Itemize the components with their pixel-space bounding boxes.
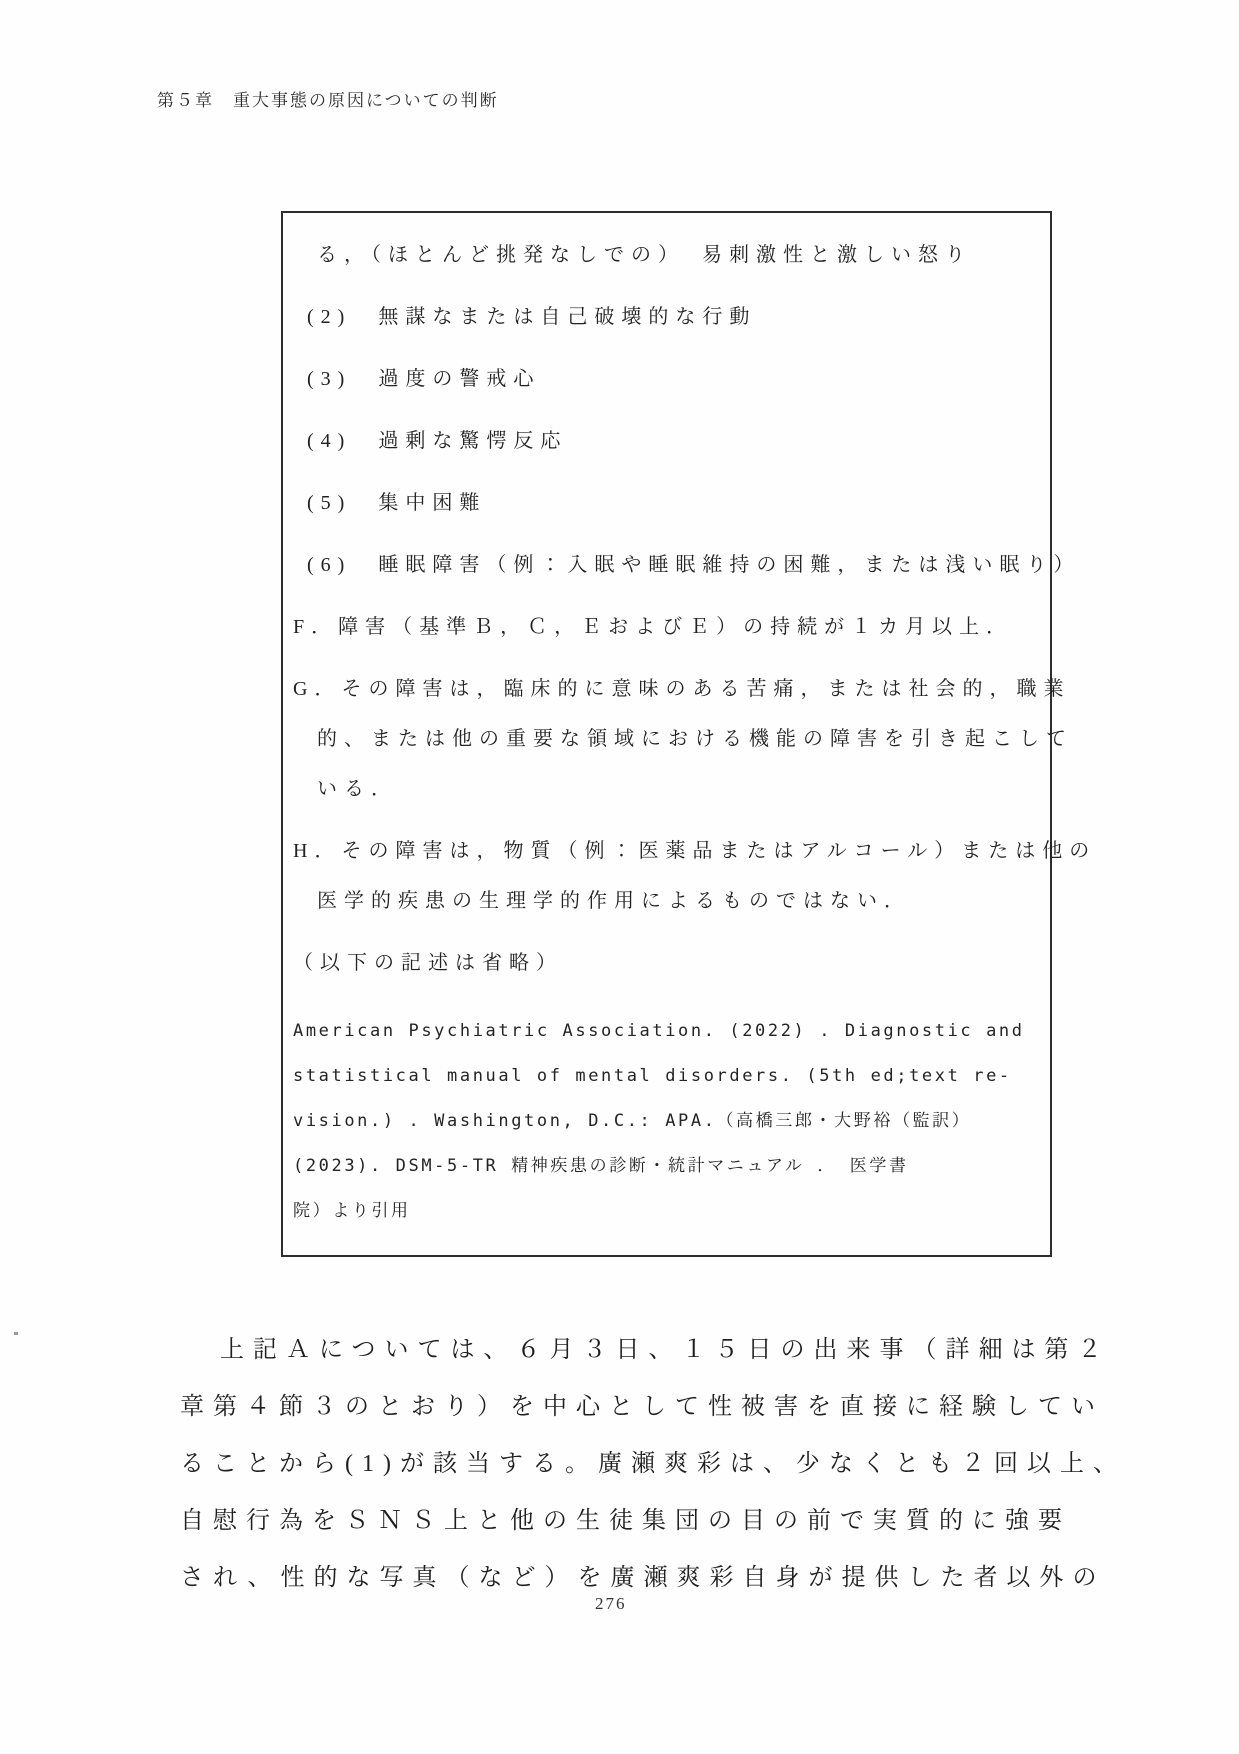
paragraph-line: 自慰行為をＳＮＳ上と他の生徒集団の目の前で実質的に強要 [180, 1493, 1120, 1550]
citation-line: vision.) . Washington, D.C.: APA.（高橋三郎・大… [293, 1109, 1042, 1133]
box-line-item-6: (6) 睡眠障害（例：入眠や睡眠維持の困難，または浅い眠り） [307, 549, 1042, 581]
paragraph-line: 上記Ａについては、６月３日、１５日の出来事（詳細は第２ [180, 1322, 1120, 1379]
document-page: 第５章 重大事態の原因についての判断 る，（ほとんど挑発なしでの） 易刺激性と激… [0, 0, 1239, 1754]
paragraph-line: 章第４節３のとおり）を中心として性被害を直接に経験してい [180, 1379, 1120, 1436]
citation-line: statistical manual of mental disorders. … [293, 1064, 1042, 1088]
box-line-criterion-h: H．その障害は，物質（例：医薬品またはアルコール）または他の [293, 835, 1042, 867]
box-line-criterion-f: F．障害（基準Ｂ，Ｃ，ＥおよびＥ）の持続が１カ月以上． [293, 611, 1042, 643]
box-line-item-5: (5) 集中困難 [307, 487, 1042, 519]
citation-line: (2023). DSM-5-TR 精神疾患の診断・統計マニュアル ． 医学書 [293, 1154, 1042, 1178]
box-line-criterion-g: G．その障害は，臨床的に意味のある苦痛，または社会的，職業 [293, 673, 1042, 705]
box-line-item-4: (4) 過剰な驚愕反応 [307, 425, 1042, 457]
body-paragraph: 上記Ａについては、６月３日、１５日の出来事（詳細は第２ 章第４節３のとおり）を中… [180, 1322, 1120, 1607]
citation-line: American Psychiatric Association. (2022)… [293, 1019, 1042, 1043]
box-line-item-3: (3) 過度の警戒心 [307, 363, 1042, 395]
box-line-criterion-h-cont: 医学的疾患の生理学的作用によるものではない． [317, 885, 1042, 917]
page-number: 276 [595, 1594, 627, 1614]
box-line-criterion-g-cont: いる． [317, 773, 1042, 805]
citation-line: 院）より引用 [293, 1199, 1042, 1223]
paragraph-line: ることから(1)が該当する。廣瀬爽彩は、少なくとも２回以上、 [180, 1436, 1120, 1493]
chapter-header: 第５章 重大事態の原因についての判断 [157, 86, 499, 111]
paragraph-line: され、性的な写真（など）を廣瀬爽彩自身が提供した者以外の [180, 1550, 1120, 1607]
box-line-continuation: る，（ほとんど挑発なしでの） 易刺激性と激しい怒り [317, 239, 1042, 271]
box-line-omission-note: （以下の記述は省略） [293, 947, 1042, 979]
box-line-criterion-g-cont: 的、または他の重要な領域における機能の障害を引き起こして [317, 723, 1042, 755]
scan-artifact-mark [14, 1332, 18, 1335]
criteria-quote-box: る，（ほとんど挑発なしでの） 易刺激性と激しい怒り (2) 無謀なまたは自己破壊… [281, 211, 1052, 1257]
box-line-item-2: (2) 無謀なまたは自己破壊的な行動 [307, 301, 1042, 333]
